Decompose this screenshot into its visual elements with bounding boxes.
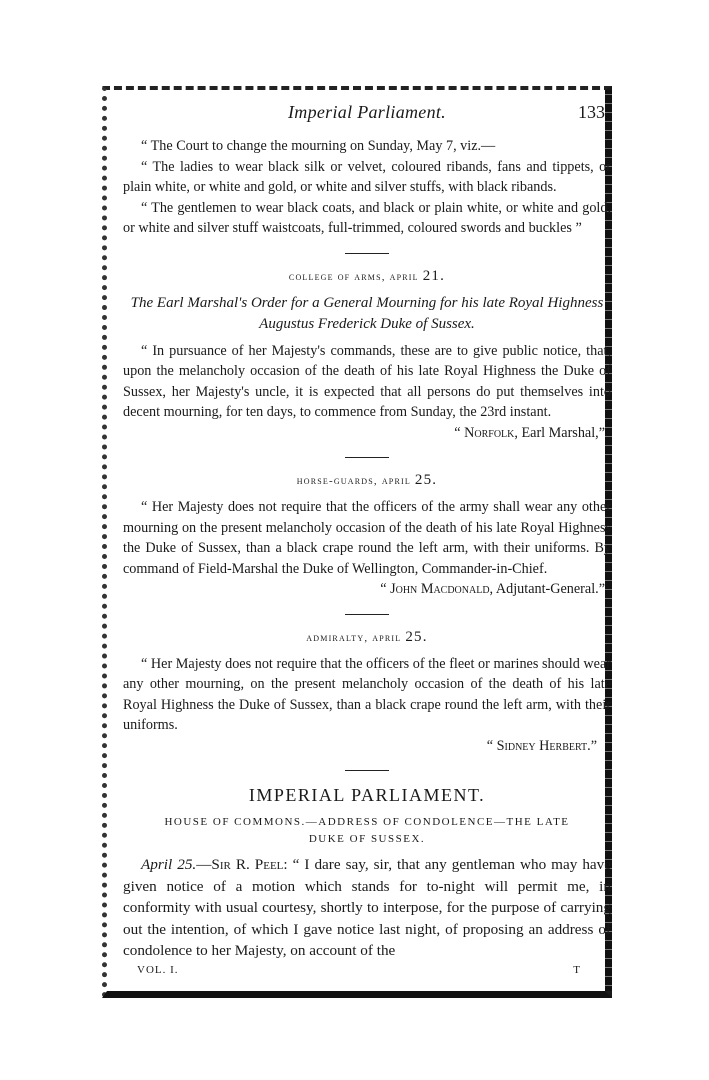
section-divider [345, 253, 389, 254]
page-header: Imperial Parliament. 133 [123, 96, 611, 136]
court-order-section: “ The Court to change the mourning on Su… [123, 136, 611, 239]
subheading-line1: HOUSE OF COMMONS.—ADDRESS OF CONDOLENCE—… [123, 814, 611, 831]
court-order-gentlemen: “ The gentlemen to wear black coats, and… [123, 198, 611, 239]
order-title: The Earl Marshal's Order for a General M… [123, 293, 611, 341]
section-divider [345, 614, 389, 615]
parliament-section: IMPERIAL PARLIAMENT. HOUSE OF COMMONS.—A… [123, 785, 611, 962]
running-title: Imperial Parliament. [123, 102, 611, 123]
speech-paragraph: April 25.—Sir R. Peel: “ I dare say, sir… [123, 854, 611, 962]
signature: “ Sidney Herbert.” [123, 736, 611, 757]
page-content: Imperial Parliament. 133 “ The Court to … [123, 96, 611, 976]
signature: “ John Macdonald, Adjutant-General.” [123, 579, 611, 600]
college-of-arms-section: college of arms, april 21. The Earl Mars… [123, 268, 611, 444]
court-order-ladies: “ The ladies to wear black silk or velve… [123, 157, 611, 198]
volume-label: VOL. I. [137, 964, 179, 976]
court-order-intro: “ The Court to change the mourning on Su… [123, 136, 611, 157]
signature-mark: T [573, 964, 581, 976]
signature: “ Norfolk, Earl Marshal,” [123, 423, 611, 444]
section-heading: horse-guards, april 25. [123, 472, 611, 489]
page-footer: VOL. I. T [123, 962, 611, 976]
section-title: IMPERIAL PARLIAMENT. [123, 785, 611, 806]
section-divider [345, 770, 389, 771]
subheading-line2: DUKE OF SUSSEX. [123, 831, 611, 848]
page-number: 133 [578, 102, 605, 123]
section-divider [345, 457, 389, 458]
order-body: “ Her Majesty does not require that the … [123, 497, 611, 579]
order-body: “ Her Majesty does not require that the … [123, 654, 611, 736]
horse-guards-section: horse-guards, april 25. “ Her Majesty do… [123, 472, 611, 600]
admiralty-section: admiralty, april 25. “ Her Majesty does … [123, 629, 611, 757]
order-body: “ In pursuance of her Majesty's commands… [123, 341, 611, 423]
section-heading: admiralty, april 25. [123, 629, 611, 646]
section-heading: college of arms, april 21. [123, 268, 611, 285]
